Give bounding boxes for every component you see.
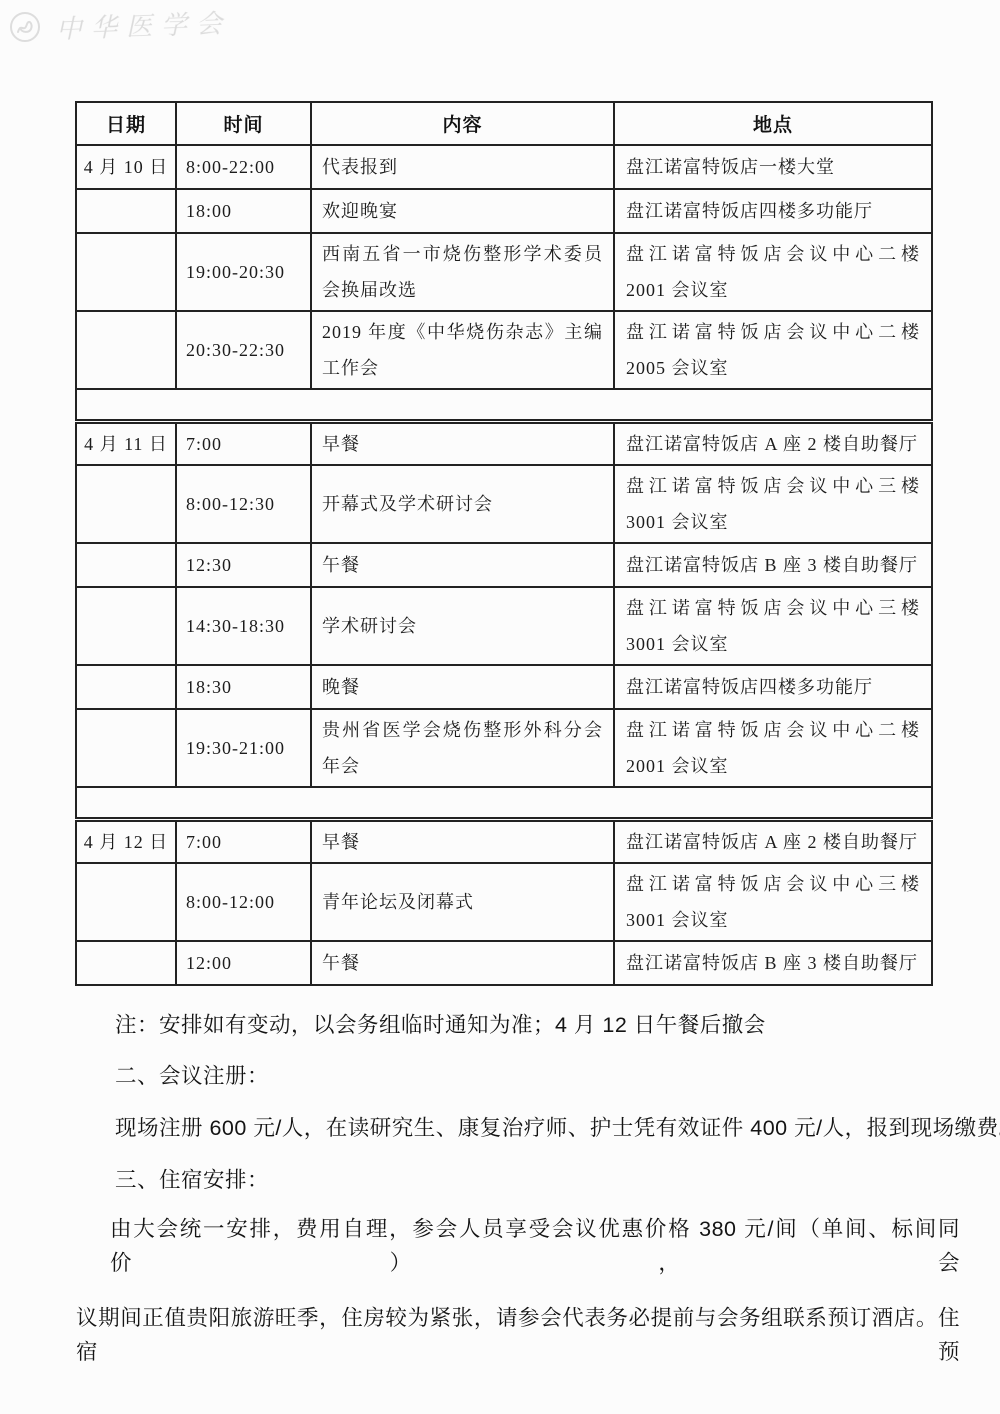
time-cell-text: 18:00 <box>186 193 309 229</box>
content-cell: 贵州省医学会烧伤整形外科分会年会 <box>311 709 614 787</box>
content-cell-text: 开幕式及学术研讨会 <box>322 486 603 522</box>
section-separator-row <box>76 389 932 421</box>
content-cell-text: 工作会 <box>322 350 603 386</box>
content-cell-text: 晚餐 <box>322 669 603 705</box>
section-separator-cell <box>76 389 932 421</box>
header-location: 地点 <box>614 102 932 145</box>
content-cell: 代表报到 <box>311 145 614 189</box>
location-cell-text: 盘江诺富特饭店四楼多功能厅 <box>626 669 920 705</box>
time-cell-text: 8:00-22:00 <box>186 149 309 185</box>
time-cell: 19:00-20:30 <box>176 233 311 311</box>
schedule-row: 19:00-20:30西南五省一市烧伤整形学术委员会换届改选盘江诺富特饭店会议中… <box>76 233 932 311</box>
content-cell: 午餐 <box>311 941 614 985</box>
location-cell-text: 盘江诺富特饭店会议中心三楼 <box>626 468 920 504</box>
schedule-row: 12:00午餐盘江诺富特饭店 B 座 3 楼自助餐厅 <box>76 941 932 985</box>
time-cell: 12:00 <box>176 941 311 985</box>
schedule-row: 20:30-22:302019 年度《中华烧伤杂志》主编工作会盘江诺富特饭店会议… <box>76 311 932 389</box>
medical-association-emblem-icon <box>8 10 42 44</box>
content-cell: 午餐 <box>311 543 614 587</box>
header-date: 日期 <box>76 102 176 145</box>
header-time: 时间 <box>176 102 311 145</box>
location-cell-text: 盘江诺富特饭店会议中心二楼 <box>626 314 920 350</box>
accommodation-line: 议期间正值贵阳旅游旺季，住房较为紧张，请参会代表务必提前与会务组联系预订酒店。住… <box>76 1301 960 1369</box>
content-cell-text: 午餐 <box>322 945 603 981</box>
content-cell: 早餐 <box>311 421 614 465</box>
time-cell-text: 19:00-20:30 <box>186 254 309 290</box>
date-cell: 4 月 12 日 <box>76 819 176 863</box>
date-cell <box>76 311 176 389</box>
content-cell: 西南五省一市烧伤整形学术委员会换届改选 <box>311 233 614 311</box>
date-cell <box>76 587 176 665</box>
time-cell-text: 7:00 <box>186 426 309 462</box>
location-cell-text: 3001 会议室 <box>626 902 920 938</box>
time-cell-text: 12:30 <box>186 547 309 583</box>
location-cell: 盘江诺富特饭店会议中心二楼2001 会议室 <box>614 233 932 311</box>
time-cell: 7:00 <box>176 819 311 863</box>
time-cell: 8:00-22:00 <box>176 145 311 189</box>
schedule-row: 4 月 12 日7:00早餐盘江诺富特饭店 A 座 2 楼自助餐厅 <box>76 819 932 863</box>
section-separator-row <box>76 787 932 819</box>
content-cell: 欢迎晚宴 <box>311 189 614 233</box>
content-cell-text: 学术研讨会 <box>322 608 603 644</box>
location-cell-text: 盘江诺富特饭店 B 座 3 楼自助餐厅 <box>626 547 920 583</box>
accommodation-line: 由大会统一安排，费用自理，参会人员享受会议优惠价格 380 元/间（单间、标间同… <box>76 1212 960 1280</box>
location-cell: 盘江诺富特饭店会议中心三楼3001 会议室 <box>614 587 932 665</box>
time-cell: 12:30 <box>176 543 311 587</box>
registration-text: 现场注册 600 元/人，在读研究生、康复治疗师、护士凭有效证件 400 元/人… <box>115 1113 1000 1143</box>
time-cell-text: 8:00-12:00 <box>186 884 309 920</box>
location-cell: 盘江诺富特饭店会议中心二楼2005 会议室 <box>614 311 932 389</box>
time-cell-text: 7:00 <box>186 824 309 860</box>
location-cell: 盘江诺富特饭店 A 座 2 楼自助餐厅 <box>614 421 932 465</box>
location-cell-text: 盘江诺富特饭店一楼大堂 <box>626 149 920 185</box>
location-cell: 盘江诺富特饭店会议中心二楼2001 会议室 <box>614 709 932 787</box>
location-cell: 盘江诺富特饭店四楼多功能厅 <box>614 665 932 709</box>
location-cell-text: 盘江诺富特饭店 A 座 2 楼自助餐厅 <box>626 426 920 462</box>
time-cell: 7:00 <box>176 421 311 465</box>
header-content: 内容 <box>311 102 614 145</box>
schedule-row: 19:30-21:00贵州省医学会烧伤整形外科分会年会盘江诺富特饭店会议中心二楼… <box>76 709 932 787</box>
location-cell-text: 盘江诺富特饭店会议中心三楼 <box>626 590 920 626</box>
schedule-row: 18:00欢迎晚宴盘江诺富特饭店四楼多功能厅 <box>76 189 932 233</box>
date-cell <box>76 665 176 709</box>
time-cell: 8:00-12:30 <box>176 465 311 543</box>
location-cell: 盘江诺富特饭店一楼大堂 <box>614 145 932 189</box>
content-cell: 学术研讨会 <box>311 587 614 665</box>
schedule-row: 14:30-18:30学术研讨会盘江诺富特饭店会议中心三楼3001 会议室 <box>76 587 932 665</box>
time-cell: 18:00 <box>176 189 311 233</box>
content-cell-text: 青年论坛及闭幕式 <box>322 884 603 920</box>
date-cell <box>76 189 176 233</box>
location-cell-text: 盘江诺富特饭店 B 座 3 楼自助餐厅 <box>626 945 920 981</box>
location-cell: 盘江诺富特饭店会议中心三楼3001 会议室 <box>614 863 932 941</box>
location-cell-text: 盘江诺富特饭店会议中心三楼 <box>626 866 920 902</box>
content-cell: 晚餐 <box>311 665 614 709</box>
schedule-table-body: 4 月 10 日8:00-22:00代表报到盘江诺富特饭店一楼大堂18:00欢迎… <box>76 145 932 985</box>
content-cell: 开幕式及学术研讨会 <box>311 465 614 543</box>
location-cell-text: 2001 会议室 <box>626 272 920 308</box>
content-cell-text: 欢迎晚宴 <box>322 193 603 229</box>
time-cell-text: 14:30-18:30 <box>186 608 309 644</box>
location-cell-text: 盘江诺富特饭店 A 座 2 楼自助餐厅 <box>626 824 920 860</box>
content-cell-text: 西南五省一市烧伤整形学术委员 <box>322 236 603 272</box>
date-cell <box>76 465 176 543</box>
location-cell: 盘江诺富特饭店 A 座 2 楼自助餐厅 <box>614 819 932 863</box>
content-cell-text: 代表报到 <box>322 149 603 185</box>
time-cell: 19:30-21:00 <box>176 709 311 787</box>
time-cell-text: 19:30-21:00 <box>186 730 309 766</box>
time-cell: 8:00-12:00 <box>176 863 311 941</box>
location-cell-text: 盘江诺富特饭店四楼多功能厅 <box>626 193 920 229</box>
content-cell-text: 早餐 <box>322 824 603 860</box>
time-cell: 18:30 <box>176 665 311 709</box>
date-cell <box>76 543 176 587</box>
content-cell: 早餐 <box>311 819 614 863</box>
time-cell-text: 12:00 <box>186 945 309 981</box>
schedule-row: 18:30晚餐盘江诺富特饭店四楼多功能厅 <box>76 665 932 709</box>
location-cell-text: 盘江诺富特饭店会议中心二楼 <box>626 236 920 272</box>
date-cell-text: 4 月 11 日 <box>78 426 174 462</box>
date-cell <box>76 941 176 985</box>
accommodation-paragraph: 由大会统一安排，费用自理，参会人员享受会议优惠价格 380 元/间（单间、标间同… <box>76 1212 960 1390</box>
date-cell <box>76 709 176 787</box>
schedule-row: 12:30午餐盘江诺富特饭店 B 座 3 楼自助餐厅 <box>76 543 932 587</box>
location-cell-text: 3001 会议室 <box>626 626 920 662</box>
time-cell: 14:30-18:30 <box>176 587 311 665</box>
content-cell-text: 午餐 <box>322 547 603 583</box>
location-cell-text: 3001 会议室 <box>626 504 920 540</box>
schedule-row: 8:00-12:00青年论坛及闭幕式盘江诺富特饭店会议中心三楼3001 会议室 <box>76 863 932 941</box>
content-cell-text: 贵州省医学会烧伤整形外科分会 <box>322 712 603 748</box>
location-cell: 盘江诺富特饭店四楼多功能厅 <box>614 189 932 233</box>
date-cell <box>76 233 176 311</box>
content-cell-text: 2019 年度《中华烧伤杂志》主编 <box>322 314 603 350</box>
section-registration-title: 二、会议注册： <box>115 1061 269 1091</box>
time-cell-text: 8:00-12:30 <box>186 486 309 522</box>
date-cell <box>76 863 176 941</box>
schedule-row: 4 月 11 日7:00早餐盘江诺富特饭店 A 座 2 楼自助餐厅 <box>76 421 932 465</box>
time-cell-text: 18:30 <box>186 669 309 705</box>
watermark: 中华医学会 <box>8 6 231 44</box>
section-separator-cell <box>76 787 932 819</box>
content-cell: 青年论坛及闭幕式 <box>311 863 614 941</box>
location-cell: 盘江诺富特饭店会议中心三楼3001 会议室 <box>614 465 932 543</box>
date-cell: 4 月 10 日 <box>76 145 176 189</box>
note-line: 注：安排如有变动，以会务组临时通知为准；4 月 12 日午餐后撤会 <box>115 1010 766 1040</box>
time-cell-text: 20:30-22:30 <box>186 332 309 368</box>
schedule-table: 日期 时间 内容 地点 4 月 10 日8:00-22:00代表报到盘江诺富特饭… <box>75 101 933 986</box>
content-cell: 2019 年度《中华烧伤杂志》主编工作会 <box>311 311 614 389</box>
schedule-table-header: 日期 时间 内容 地点 <box>76 102 932 145</box>
section-accommodation-title: 三、住宿安排： <box>115 1165 269 1195</box>
location-cell-text: 2001 会议室 <box>626 748 920 784</box>
watermark-text: 中华医学会 <box>55 3 231 46</box>
location-cell: 盘江诺富特饭店 B 座 3 楼自助餐厅 <box>614 941 932 985</box>
location-cell-text: 2005 会议室 <box>626 350 920 386</box>
date-cell-text: 4 月 10 日 <box>78 149 174 185</box>
date-cell: 4 月 11 日 <box>76 421 176 465</box>
schedule-row: 4 月 10 日8:00-22:00代表报到盘江诺富特饭店一楼大堂 <box>76 145 932 189</box>
location-cell-text: 盘江诺富特饭店会议中心二楼 <box>626 712 920 748</box>
content-cell-text: 会换届改选 <box>322 272 603 308</box>
content-cell-text: 早餐 <box>322 426 603 462</box>
date-cell-text: 4 月 12 日 <box>78 824 174 860</box>
time-cell: 20:30-22:30 <box>176 311 311 389</box>
content-cell-text: 年会 <box>322 748 603 784</box>
schedule-row: 8:00-12:30开幕式及学术研讨会盘江诺富特饭店会议中心三楼3001 会议室 <box>76 465 932 543</box>
location-cell: 盘江诺富特饭店 B 座 3 楼自助餐厅 <box>614 543 932 587</box>
